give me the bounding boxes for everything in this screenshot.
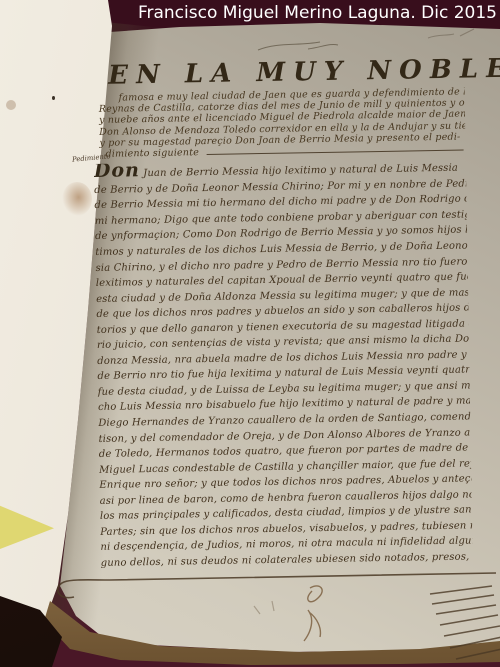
manuscript-text-block: EN LA MUY NOBLE famosa e muy leal ciudad… bbox=[92, 56, 473, 572]
ink-speck bbox=[52, 96, 55, 100]
manuscript-line-text: dimiento siguiente bbox=[106, 147, 200, 160]
parchment-stain bbox=[62, 182, 92, 216]
manuscript-paragraph: Don Juan de Berrio Messia hijo lexitimo … bbox=[94, 158, 473, 572]
ink-rule-line bbox=[207, 150, 464, 155]
manuscript-heading: EN LA MUY NOBLE bbox=[108, 56, 464, 90]
manuscript-photo: EN LA MUY NOBLE famosa e muy leal ciudad… bbox=[0, 0, 500, 667]
photo-caption: Francisco Miguel Merino Laguna. Dic 2015 bbox=[0, 2, 497, 24]
parchment-stain bbox=[6, 100, 16, 110]
manuscript-intro: famosa e muy leal ciudad de Jaen que es … bbox=[93, 87, 466, 161]
dropcap-don: Don bbox=[94, 159, 140, 182]
